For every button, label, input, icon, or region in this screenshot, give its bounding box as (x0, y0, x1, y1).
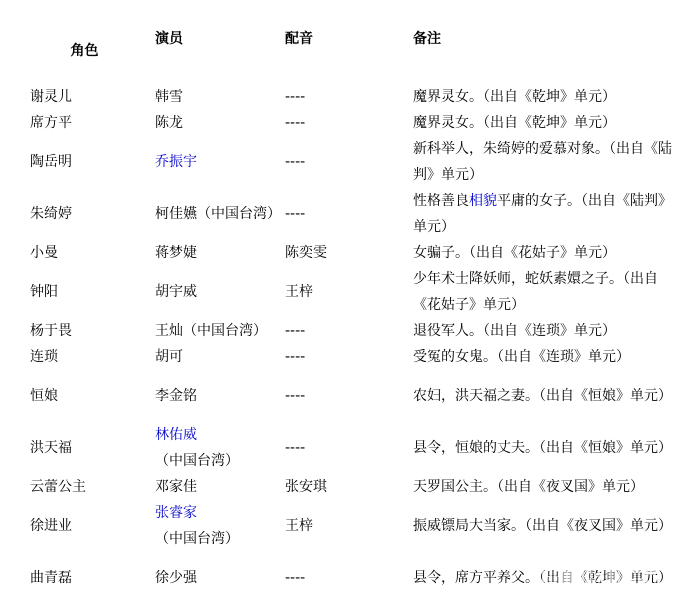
cell-actor: 柯佳嬿（中国台湾） (147, 188, 277, 240)
cell-voice: ---- (277, 188, 405, 240)
note-text: 县令，恒娘的丈夫。（出自《恒娘》单元） (413, 440, 672, 456)
cell-role: 钟阳 (22, 266, 147, 318)
cell-voice: ---- (277, 370, 405, 422)
cell-voice: 张安琪 (277, 474, 405, 500)
cell-role: 洪天福 (22, 422, 147, 474)
header-voice: 配音 (277, 22, 405, 84)
cell-voice: ---- (277, 318, 405, 344)
cell-voice: ---- (277, 110, 405, 136)
note-text: 魔界灵女。（出自《乾坤》单元） (413, 115, 616, 131)
actor-link[interactable]: 乔振宇 (155, 154, 197, 170)
actor-link[interactable]: 林佑威 (155, 427, 197, 443)
note-text: 女骗子。（出自《花姑子》单元） (413, 245, 616, 261)
table-row: 钟阳 胡宇威 王梓 少年术士降妖师，蛇妖素嬛之子。（出自《花姑子》单元） (22, 266, 672, 318)
cell-note: 女骗子。（出自《花姑子》单元） (405, 240, 672, 266)
cell-actor: 蒋梦婕 (147, 240, 277, 266)
table-row: 席方平 陈龙 ---- 魔界灵女。（出自《乾坤》单元） (22, 110, 672, 136)
cell-actor: 乔振宇 (147, 136, 277, 188)
cell-voice: ---- (277, 344, 405, 370)
cell-note: 魔界灵女。（出自《乾坤》单元） (405, 110, 672, 136)
cell-note: 新科举人，朱绮婷的爱慕对象。（出自《陆判》单元） (405, 136, 672, 188)
table-row: 朱绮婷 柯佳嬿（中国台湾） ---- 性格善良相貌平庸的女子。（出自《陆判》单元… (22, 188, 672, 240)
note-link[interactable]: 相貌 (469, 193, 497, 209)
actor-name: 蒋梦婕 (155, 245, 197, 261)
actor-name: 徐少强 (155, 570, 197, 586)
actor-suffix: （中国台湾） (155, 453, 239, 469)
cell-note: 农妇，洪天福之妻。（出自《恒娘》单元） (405, 370, 672, 422)
cell-role: 谢灵儿 (22, 84, 147, 110)
cell-voice: 王梓 (277, 500, 405, 552)
cell-actor: 邓家佳 (147, 474, 277, 500)
actor-name: 胡可 (155, 349, 183, 365)
table-row: 恒娘 李金铭 ---- 农妇，洪天福之妻。（出自《恒娘》单元） (22, 370, 672, 422)
cell-voice: 陈奕雯 (277, 240, 405, 266)
note-text: 农妇，洪天福之妻。（出自《恒娘》单元） (413, 388, 672, 404)
note-text: 魔界灵女。（出自《乾坤》单元） (413, 89, 616, 105)
note-text: 天罗国公主。（出自《夜叉国》单元） (413, 479, 644, 495)
actor-name: 王灿（中国台湾） (155, 323, 267, 339)
cell-voice: ---- (277, 422, 405, 474)
header-note: 备注 (405, 22, 672, 84)
note-text: 性格善良 (413, 193, 469, 209)
cell-role: 席方平 (22, 110, 147, 136)
cell-note: 振威镖局大当家。（出自《夜叉国》单元） (405, 500, 672, 552)
table-row: 谢灵儿 韩雪 ---- 魔界灵女。（出自《乾坤》单元） (22, 84, 672, 110)
cell-voice: ---- (277, 136, 405, 188)
header-role: 角色 (22, 22, 147, 84)
actor-name: 韩雪 (155, 89, 183, 105)
cell-voice: ---- (277, 84, 405, 110)
table-header-row: 角色 演员 配音 备注 (22, 22, 672, 84)
cell-role: 朱绮婷 (22, 188, 147, 240)
actor-suffix: （中国台湾） (155, 531, 239, 547)
actor-name: 邓家佳 (155, 479, 197, 495)
cell-voice: ---- (277, 552, 405, 603)
table-row: 云蕾公主 邓家佳 张安琪 天罗国公主。（出自《夜叉国》单元） (22, 474, 672, 500)
note-text: 少年术士降妖师，蛇妖素嬛之子。（出自《花姑子》单元） (413, 271, 658, 313)
cell-actor: 林佑威（中国台湾） (147, 422, 277, 474)
actor-name: 胡宇威 (155, 284, 197, 300)
note-text: 新科举人，朱绮婷的爱慕对象。（出自《陆判》单元） (413, 141, 672, 183)
note-text: 县令，席方平养父。（出自《乾坤》单元） (413, 570, 672, 586)
cell-role: 恒娘 (22, 370, 147, 422)
cell-note: 退役军人。（出自《连琐》单元） (405, 318, 672, 344)
table-row: 杨于畏 王灿（中国台湾） ---- 退役军人。（出自《连琐》单元） (22, 318, 672, 344)
note-text: 振威镖局大当家。（出自《夜叉国》单元） (413, 518, 672, 534)
cell-note: 县令，恒娘的丈夫。（出自《恒娘》单元） (405, 422, 672, 474)
cell-note: 天罗国公主。（出自《夜叉国》单元） (405, 474, 672, 500)
table-row: 小曼 蒋梦婕 陈奕雯 女骗子。（出自《花姑子》单元） (22, 240, 672, 266)
cell-actor: 张睿家（中国台湾） (147, 500, 277, 552)
table-row: 陶岳明 乔振宇 ---- 新科举人，朱绮婷的爱慕对象。（出自《陆判》单元） (22, 136, 672, 188)
cell-actor: 韩雪 (147, 84, 277, 110)
cell-actor: 陈龙 (147, 110, 277, 136)
actor-link[interactable]: 张睿家 (155, 505, 197, 521)
cell-role: 云蕾公主 (22, 474, 147, 500)
cell-actor: 徐少强 (147, 552, 277, 603)
cell-actor: 李金铭 (147, 370, 277, 422)
cell-note: 性格善良相貌平庸的女子。（出自《陆判》单元） (405, 188, 672, 240)
header-actor: 演员 (147, 22, 277, 84)
cell-actor: 胡宇威 (147, 266, 277, 318)
cell-role: 陶岳明 (22, 136, 147, 188)
cell-actor: 王灿（中国台湾） (147, 318, 277, 344)
table-row: 连琐 胡可 ---- 受冤的女鬼。（出自《连琐》单元） (22, 344, 672, 370)
cell-voice: 王梓 (277, 266, 405, 318)
cell-role: 小曼 (22, 240, 147, 266)
cell-note: 少年术士降妖师，蛇妖素嬛之子。（出自《花姑子》单元） (405, 266, 672, 318)
note-text: 受冤的女鬼。（出自《连琐》单元） (413, 349, 630, 365)
cell-note: 县令，席方平养父。（出自《乾坤》单元） (405, 552, 672, 603)
note-text: 退役军人。（出自《连琐》单元） (413, 323, 616, 339)
cast-table: 角色 演员 配音 备注 谢灵儿 韩雪 ---- 魔界灵女。（出自《乾坤》单元） … (22, 22, 672, 603)
table-body: 谢灵儿 韩雪 ---- 魔界灵女。（出自《乾坤》单元） 席方平 陈龙 ---- … (22, 84, 672, 603)
table-row: 徐进业 张睿家（中国台湾） 王梓 振威镖局大当家。（出自《夜叉国》单元） (22, 500, 672, 552)
cell-role: 杨于畏 (22, 318, 147, 344)
cell-role: 连琐 (22, 344, 147, 370)
cell-note: 受冤的女鬼。（出自《连琐》单元） (405, 344, 672, 370)
actor-name: 李金铭 (155, 388, 197, 404)
actor-name: 柯佳嬿（中国台湾） (155, 206, 281, 222)
table-row: 洪天福 林佑威（中国台湾） ---- 县令，恒娘的丈夫。（出自《恒娘》单元） (22, 422, 672, 474)
cell-role: 曲青磊 (22, 552, 147, 603)
table-row: 曲青磊 徐少强 ---- 县令，席方平养父。（出自《乾坤》单元） (22, 552, 672, 603)
cell-note: 魔界灵女。（出自《乾坤》单元） (405, 84, 672, 110)
actor-name: 陈龙 (155, 115, 183, 131)
cell-actor: 胡可 (147, 344, 277, 370)
cell-role: 徐进业 (22, 500, 147, 552)
